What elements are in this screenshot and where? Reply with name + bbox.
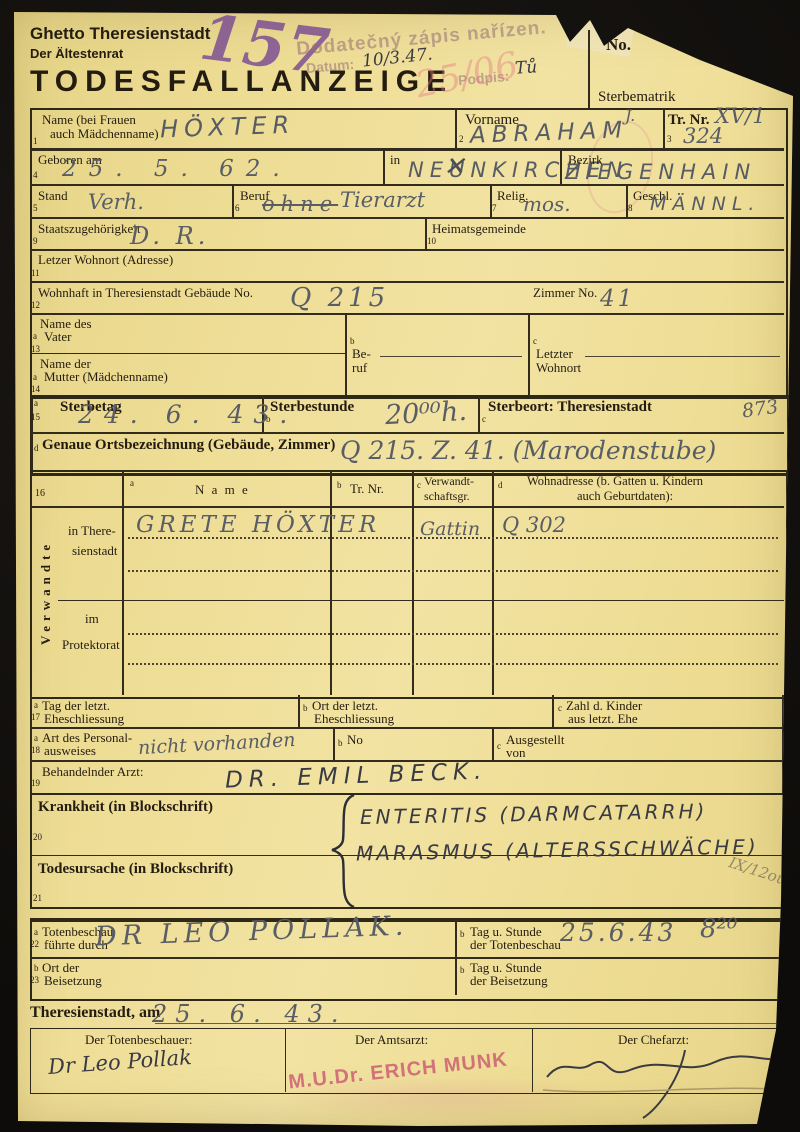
verwandte-vertical-label: Verwandte (38, 540, 54, 645)
field-number: 7 (492, 203, 497, 213)
field-number: 19 (31, 778, 40, 788)
krankheit-label: Krankheit (in Blockschrift) (38, 800, 213, 816)
field-number: 2 (459, 134, 464, 144)
sub-letter: c (482, 414, 486, 424)
beruf-col-label2: ruf (352, 361, 367, 375)
rule-line (492, 727, 494, 760)
sub-letter: a (34, 733, 38, 743)
beruf-struck-value: ohne (262, 192, 338, 216)
zimmer-value: 41 (600, 286, 635, 312)
rule-line (383, 150, 385, 184)
field-number: 20 (33, 832, 42, 842)
rule-line (588, 30, 590, 108)
field-number: 21 (33, 893, 42, 903)
name-label2: auch Mädchenname) (50, 127, 159, 141)
sterbetag-value: 24. 6. 43. (78, 400, 297, 429)
heimat-label: Heimatsgemeinde (432, 222, 526, 236)
beruf-col-label1: Be- (352, 347, 371, 361)
field-number: 4 (33, 170, 38, 180)
overstrike-mark: ✕ (443, 152, 465, 182)
sub-letter: b (303, 703, 308, 713)
rule-line (552, 695, 554, 727)
no-label: No. (606, 36, 631, 54)
sub-letter: a (34, 398, 38, 408)
field-number: 12 (31, 300, 40, 310)
arzt-label: Behandelnder Arzt: (42, 765, 143, 779)
sub-letter: c (417, 480, 421, 490)
field-number: 15 (31, 412, 40, 422)
rule-line (30, 353, 345, 354)
field-number: 18 (31, 745, 40, 755)
rule-line (345, 314, 347, 395)
name-label: Name (bei Frauen (42, 113, 136, 127)
group-protektorat-label1: im (85, 612, 99, 626)
rule-line (30, 217, 784, 219)
rule-line (532, 1028, 533, 1092)
field-number: 5 (33, 203, 38, 213)
rule-line (30, 184, 784, 186)
amtsarzt-sig-label: Der Amtsarzt: (355, 1033, 428, 1047)
rule-line (455, 108, 457, 148)
field-number: 6 (235, 203, 240, 213)
ehe-tag-label2: Eheschliessung (44, 712, 124, 726)
col-name-header: N a m e (195, 483, 250, 497)
field-number: 1 (33, 136, 38, 146)
staat-label: Staatszugehörigkeit (38, 222, 141, 236)
sub-letter: c (558, 703, 562, 713)
wohnort-col-label1: Letzter (536, 347, 573, 361)
vater-label2: Vater (44, 330, 71, 344)
totenbeschau-hour-value: 8²⁰ (700, 914, 737, 944)
sub-letter: b (460, 929, 465, 939)
rule-line (58, 600, 784, 601)
group-protektorat-label2: Protektorat (62, 638, 120, 652)
org-subtitle: Der Ältestenrat (30, 47, 123, 61)
sub-letter: a (130, 478, 134, 488)
field-number: 9 (33, 236, 38, 246)
field-number: 3 (667, 134, 672, 144)
org-name: Ghetto Theresienstadt (30, 25, 210, 43)
ausweis-no-label: No (347, 733, 363, 747)
place-date-label: Theresienstadt, am (30, 1005, 160, 1022)
group-theresienstadt-label1: in There- (68, 524, 116, 538)
ausweis-label2: ausweises (44, 744, 96, 758)
sub-letter: c (533, 336, 537, 346)
sub-letter: a (33, 372, 37, 382)
col-trnr-header: Tr. Nr. (350, 482, 384, 496)
rule-line (478, 395, 480, 432)
sterbestunde-label: Sterbestunde (270, 400, 354, 416)
rule-line (122, 470, 124, 695)
scanned-death-notice-form: Ghetto Theresienstadt Der Ältestenrat TO… (0, 0, 800, 1132)
sub-letter: b (350, 336, 355, 346)
rule-line (782, 695, 784, 793)
todesursache-label: Todesursache (in Blockschrift) (38, 862, 233, 878)
rule-line (30, 506, 784, 508)
arzt-value: DR. EMIL BECK. (225, 758, 488, 793)
field-number: 13 (31, 344, 40, 354)
col-wohnadresse-header2: auch Geburtdaten): (577, 490, 673, 503)
ausgestellt-label2: von (506, 746, 526, 760)
rule-line (285, 1028, 286, 1092)
col-verwandtschaft-header1: Verwandt- (424, 475, 474, 488)
rule-line (663, 108, 665, 148)
chefarzt-signature (535, 1032, 795, 1122)
relative-name-value: GRETE HÖXTER (136, 512, 380, 538)
sub-letter: b (266, 414, 271, 424)
rule-line (30, 727, 784, 729)
rule-line (455, 918, 457, 995)
field-number: 14 (31, 384, 40, 394)
rule-line (30, 313, 784, 315)
col-wohnadresse-header1: Wohnadresse (b. Gatten u. Kindern (527, 475, 703, 488)
stand-label: Stand (38, 189, 68, 203)
rule-line (333, 727, 335, 760)
sub-letter: d (34, 443, 39, 453)
group-theresienstadt-label2: sienstadt (72, 544, 118, 558)
name-value: HÖXTER (160, 111, 296, 144)
staat-value: D. R. (130, 222, 209, 250)
field-number: 23 (30, 975, 39, 985)
ehe-ort-label2: Eheschliessung (314, 712, 394, 726)
sub-letter: a (34, 927, 38, 937)
beisetzung-zeit-label2: der Beisetzung (470, 974, 548, 988)
beruf-value: Tierarzt (340, 188, 425, 212)
sub-letter: a (33, 331, 37, 341)
writing-line (128, 663, 778, 665)
relative-relation-value: Gattin (420, 518, 480, 540)
ortsbezeichnung-value: Q 215. Z. 41. (Marodenstube) (340, 436, 716, 465)
stand-value: Verh. (88, 190, 144, 214)
totenbeschau-zeit-label2: der Totenbeschau (470, 938, 561, 952)
writing-line (128, 570, 778, 572)
wohnort-col-label2: Wohnort (536, 361, 581, 375)
rule-line (30, 432, 784, 434)
zimmer-label: Zimmer No. (533, 286, 597, 300)
ortsbezeichnung-label: Genaue Ortsbezeichnung (Gebäude, Zimmer) (42, 438, 335, 454)
rule-line (492, 470, 494, 695)
mutter-label2: Mutter (Mädchenname) (44, 370, 168, 384)
vorname-value: ABRAHAM (470, 117, 629, 149)
sub-letter: a (34, 700, 38, 710)
beisetzung-ort-label2: Beisetzung (44, 974, 102, 988)
geschl-value: MÄNNL. (650, 193, 760, 215)
sub-letter: b (338, 738, 343, 748)
rule-line (412, 470, 414, 695)
sub-letter: c (497, 741, 501, 751)
rule-line (232, 186, 234, 217)
relative-address-value: Q 302 (502, 513, 566, 537)
field-number: 16 (35, 488, 45, 499)
sterbeort-label: Sterbeort: Theresienstadt (488, 400, 652, 416)
totenbeschau-date-value: 25.6.43 (560, 918, 676, 947)
rule-line (528, 314, 530, 395)
rule-line (155, 1023, 784, 1024)
bezirk-value: ZIEGENHAIN (565, 160, 756, 184)
rule-line (585, 356, 780, 357)
field-number: 22 (30, 939, 39, 949)
col-verwandtschaft-header2: schaftsgr. (424, 490, 470, 503)
paper-sheet: Ghetto Theresienstadt Der Ältestenrat TO… (0, 0, 800, 1132)
geboren-in-label: in (390, 153, 400, 167)
rule-line (380, 356, 522, 357)
letzter-wohnort-label: Letzer Wohnort (Adresse) (38, 253, 173, 267)
rule-line (30, 957, 784, 959)
field-number: 8 (628, 203, 633, 213)
rule-line (330, 470, 332, 695)
sub-letter: b (337, 480, 342, 490)
relig-value: mos. (523, 192, 571, 216)
geboren-value: 25. 5. 62. (62, 156, 292, 182)
rule-line (30, 281, 784, 283)
gebaeude-value: Q 215 (290, 283, 389, 313)
ausweis-value: nicht vorhanden (138, 729, 297, 759)
sub-letter: b (460, 965, 465, 975)
totenbeschauer-sig-label: Der Totenbeschauer: (85, 1033, 193, 1047)
rule-line (30, 148, 784, 151)
sterbestunde-value: 20⁰⁰h. (384, 396, 467, 431)
field-number: 11 (31, 268, 40, 278)
trnr-value: 324 (683, 124, 723, 148)
sterbematrik-label: Sterbematrik (598, 90, 675, 106)
field-number: 10 (427, 236, 436, 246)
sub-letter: d (498, 480, 503, 490)
gebaeude-label: Wohnhaft in Theresienstadt Gebäude No. (38, 286, 253, 300)
rule-line (298, 695, 300, 727)
field-number: 17 (31, 712, 40, 722)
kinder-label2: aus letzt. Ehe (568, 712, 638, 726)
sub-letter: b (34, 963, 39, 973)
writing-line (128, 633, 778, 635)
